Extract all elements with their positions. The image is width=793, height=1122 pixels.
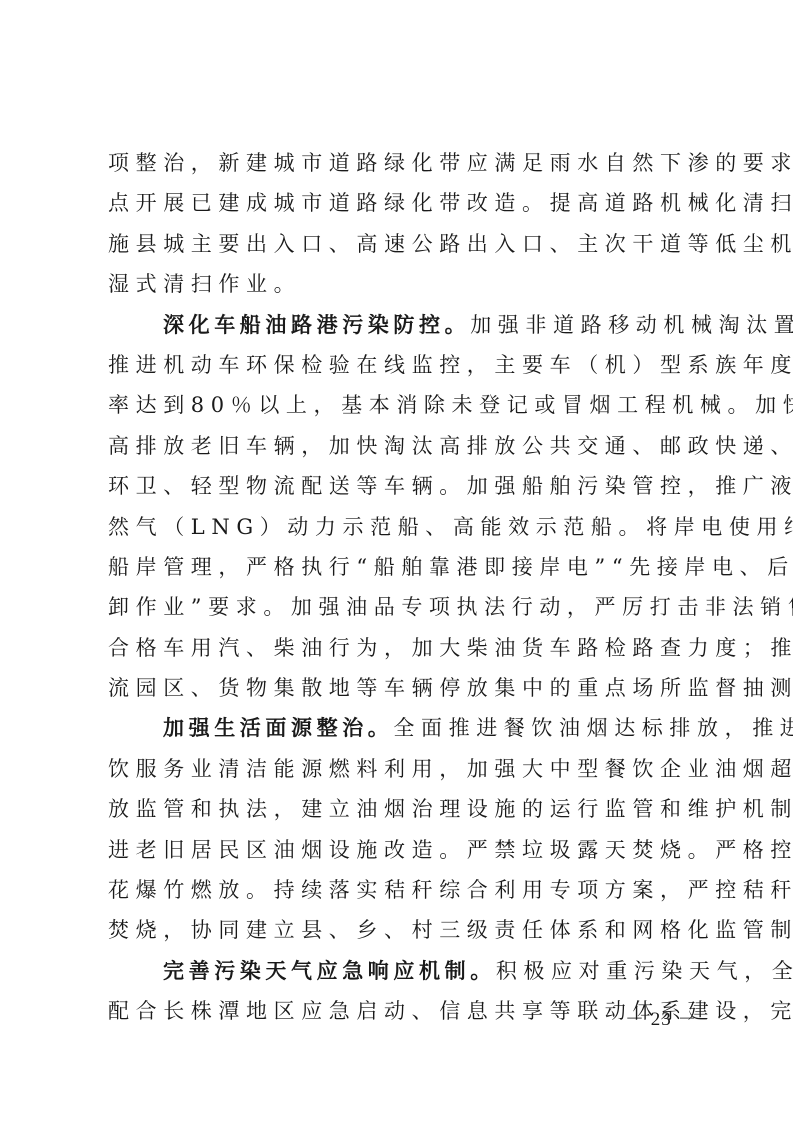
page-number: － 23 － — [625, 1004, 698, 1031]
paragraph-first-line: 完善污染天气应急响应机制。积极应对重污染天气，全力 — [108, 951, 708, 991]
text-line: 合格车用汽、柴油行为，加大柴油货车路检路查力度；推进物 — [108, 628, 708, 668]
text-run: 全面推进餐饮油烟达标排放，推进餐 — [393, 716, 793, 740]
text-line: 花爆竹燃放。持续落实秸秆综合利用专项方案，严控秸秆露天 — [108, 870, 708, 910]
paragraph-domestic-sources: 加强生活面源整治。全面推进餐饮油烟达标排放，推进餐 饮服务业清洁能源燃料利用，加… — [108, 708, 708, 950]
text-line: 进老旧居民区油烟设施改造。严禁垃圾露天焚烧。严格控制烟 — [108, 830, 708, 870]
text-line: 点开展已建成城市道路绿化带改造。提高道路机械化清扫率，实 — [108, 183, 708, 223]
text-line: 湿式清扫作业。 — [108, 264, 708, 304]
text-line: 推进机动车环保检验在线监控，主要车（机）型系族年度抽检 — [108, 345, 708, 385]
document-page: 项整治，新建城市道路绿化带应满足雨水自然下渗的要求，试 点开展已建成城市道路绿化… — [0, 0, 793, 1122]
text-run: 积极应对重污染天气，全力 — [496, 959, 793, 983]
text-line: 环卫、轻型物流配送等车辆。加强船舶污染管控，推广液化天 — [108, 466, 708, 506]
text-line: 施县城主要出入口、高速公路出入口、主次干道等低尘机械化 — [108, 224, 708, 264]
section-heading: 完善污染天气应急响应机制。 — [163, 958, 496, 983]
section-heading: 加强生活面源整治。 — [163, 715, 393, 740]
text-line: 高排放老旧车辆，加快淘汰高排放公共交通、邮政快递、出租、 — [108, 426, 708, 466]
paragraph-first-line: 加强生活面源整治。全面推进餐饮油烟达标排放，推进餐 — [108, 708, 708, 748]
text-line: 放监管和执法，建立油烟治理设施的运行监管和维护机制。推 — [108, 789, 708, 829]
text-line: 卸作业”要求。加强油品专项执法行动，严厉打击非法销售不 — [108, 587, 708, 627]
paragraph-emergency-response: 完善污染天气应急响应机制。积极应对重污染天气，全力 配合长株潭地区应急启动、信息… — [108, 951, 708, 1032]
text-line: 然气（LNG）动力示范船、高能效示范船。将岸电使用纳入码头 — [108, 507, 708, 547]
text-line: 项整治，新建城市道路绿化带应满足雨水自然下渗的要求，试 — [108, 143, 708, 183]
text-line: 配合长株潭地区应急启动、信息共享等联动体系建设，完善并 — [108, 991, 708, 1031]
paragraph-vehicle-ship-pollution: 深化车船油路港污染防控。加强非道路移动机械淘汰置换， 推进机动车环保检验在线监控… — [108, 305, 708, 709]
text-line: 流园区、货物集散地等车辆停放集中的重点场所监督抽测。 — [108, 668, 708, 708]
text-line: 率达到80％以上，基本消除未登记或冒烟工程机械。加快淘汰 — [108, 385, 708, 425]
section-heading: 深化车船油路港污染防控。 — [163, 312, 470, 337]
text-line: 焚烧，协同建立县、乡、村三级责任体系和网格化监管制度。 — [108, 910, 708, 950]
text-line: 船岸管理，严格执行“船舶靠港即接岸电”“先接岸电、后装 — [108, 547, 708, 587]
text-run: 加强非道路移动机械淘汰置换， — [470, 313, 793, 337]
paragraph-road-greening: 项整治，新建城市道路绿化带应满足雨水自然下渗的要求，试 点开展已建成城市道路绿化… — [108, 143, 708, 305]
text-line: 饮服务业清洁能源燃料利用，加强大中型餐饮企业油烟超标排 — [108, 749, 708, 789]
body-text: 项整治，新建城市道路绿化带应满足雨水自然下渗的要求，试 点开展已建成城市道路绿化… — [108, 143, 708, 1032]
paragraph-first-line: 深化车船油路港污染防控。加强非道路移动机械淘汰置换， — [108, 305, 708, 345]
